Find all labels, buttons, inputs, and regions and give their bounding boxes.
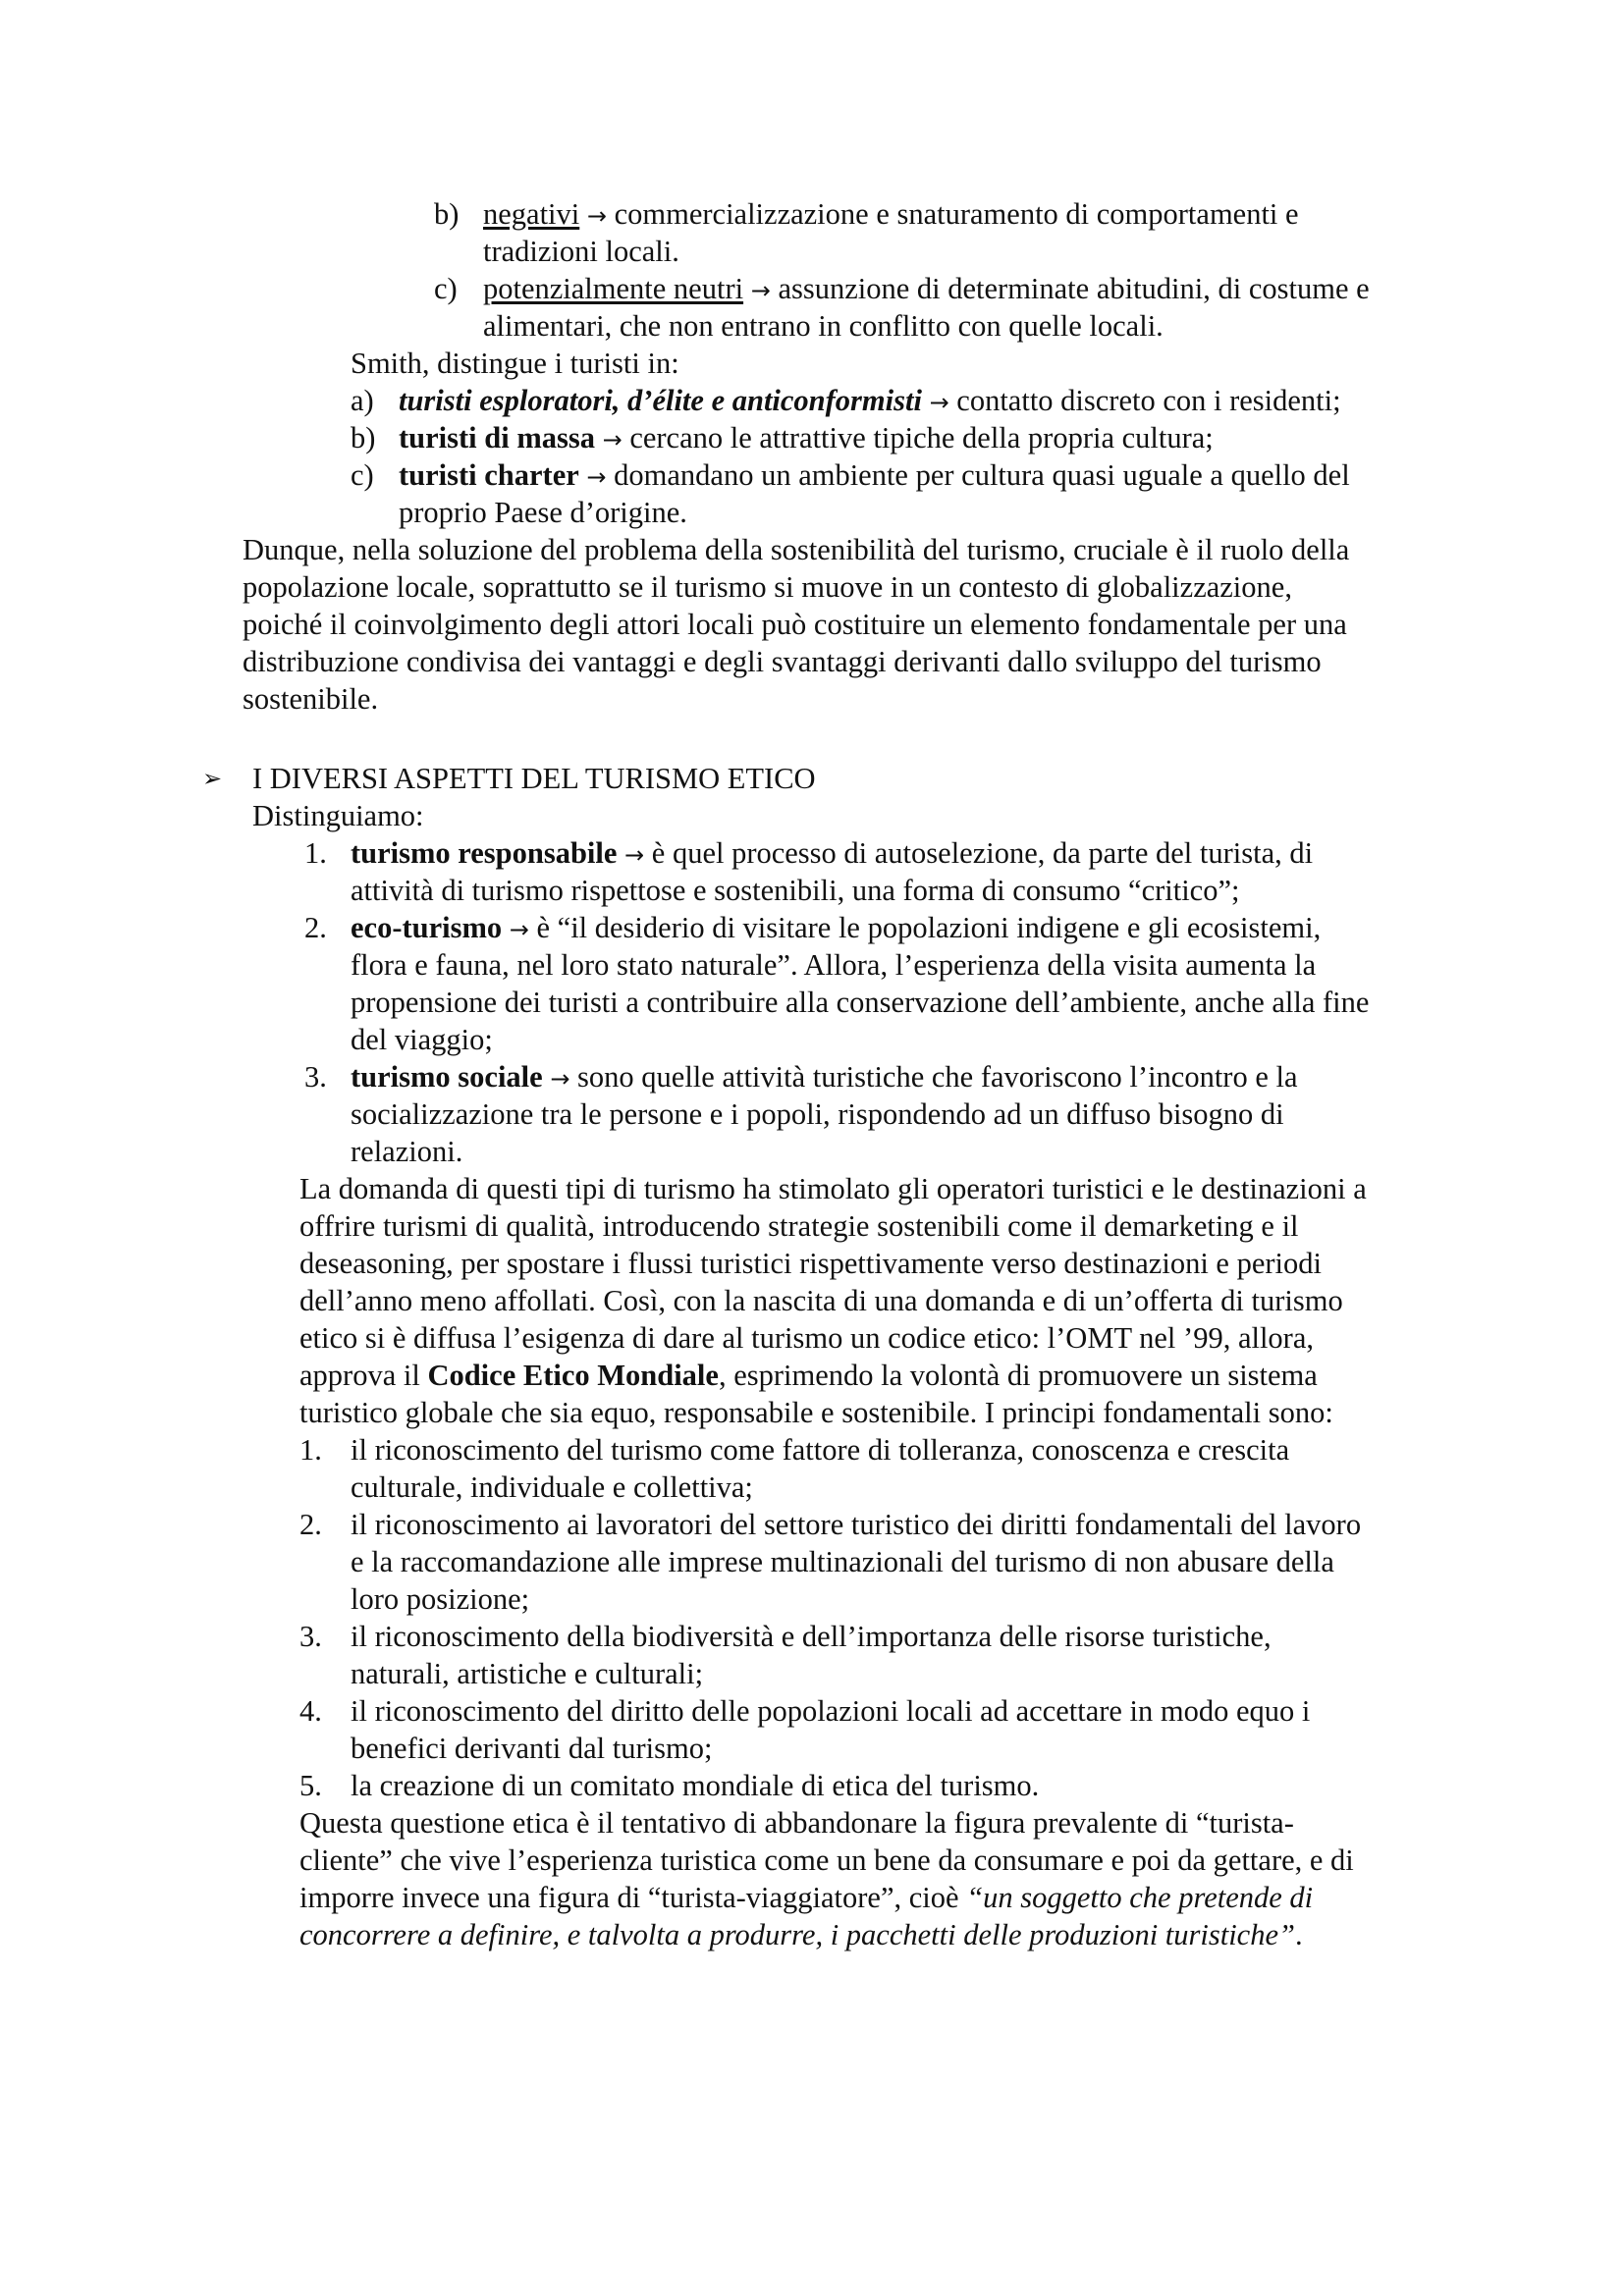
codice-etico-term: Codice Etico Mondiale <box>427 1359 719 1392</box>
list-item-continuation: relazioni. <box>351 1133 462 1170</box>
term: negativi <box>483 197 579 231</box>
list-item-negativi: negativi → commercializzazione e snatura… <box>483 195 1299 233</box>
paragraph-line: poiché il coinvolgimento degli attori lo… <box>243 606 1347 643</box>
principle-item: il riconoscimento ai lavoratori del sett… <box>351 1506 1361 1543</box>
list-marker: 2. <box>304 909 327 946</box>
paragraph-line: dell’anno meno affollati. Così, con la n… <box>299 1282 1343 1319</box>
list-item-eco-turismo: eco-turismo → è “il desiderio di visitar… <box>351 909 1321 946</box>
text: , esprimendo la volontà di promuovere un… <box>719 1359 1318 1392</box>
arrow-icon: → <box>751 277 771 304</box>
principle-item: il riconoscimento della biodiversità e d… <box>351 1618 1272 1655</box>
quote: concorrere a definire, e talvolta a prod… <box>299 1918 1295 1951</box>
paragraph-line: deseasoning, per spostare i flussi turis… <box>299 1245 1322 1282</box>
list-marker: 4. <box>299 1692 322 1730</box>
quote: “un soggetto che pretende di <box>966 1881 1313 1914</box>
list-item-continuation: e la raccomandazione alle imprese multin… <box>351 1543 1334 1580</box>
item-text: contatto discreto con i residenti; <box>949 384 1341 417</box>
list-item-continuation: del viaggio; <box>351 1021 493 1058</box>
item-text: commercializzazione e snaturamento di co… <box>607 197 1299 231</box>
list-item-continuation: naturali, artistiche e culturali; <box>351 1655 703 1692</box>
section-intro: Distinguiamo: <box>252 797 424 834</box>
paragraph-line: offrire turismi di qualità, introducendo… <box>299 1207 1299 1245</box>
paragraph-line: turistico globale che sia equo, responsa… <box>299 1394 1333 1431</box>
principle-item: il riconoscimento del turismo come fatto… <box>351 1431 1289 1468</box>
smith-intro: Smith, distingue i turisti in: <box>351 345 679 382</box>
list-item-continuation: flora e fauna, nel loro stato naturale”.… <box>351 946 1316 984</box>
list-marker: b) <box>434 195 459 233</box>
item-text: sono quelle attività turistiche che favo… <box>569 1060 1297 1094</box>
list-marker: 1. <box>299 1431 322 1468</box>
section-heading: I DIVERSI ASPETTI DEL TURISMO ETICO <box>252 760 816 797</box>
term: potenzialmente neutri <box>483 272 743 305</box>
arrow-icon: → <box>603 426 623 454</box>
arrow-icon: → <box>624 841 644 869</box>
arrow-icon: → <box>510 916 529 943</box>
paragraph-line: concorrere a definire, e talvolta a prod… <box>299 1916 1303 1953</box>
list-marker: 3. <box>304 1058 327 1095</box>
term: turismo responsabile <box>351 836 617 870</box>
item-text: assunzione di determinate abitudini, di … <box>771 272 1370 305</box>
item-text: è quel processo di autoselezione, da par… <box>644 836 1313 870</box>
text: approva il <box>299 1359 427 1392</box>
paragraph-line: La domanda di questi tipi di turismo ha … <box>299 1170 1367 1207</box>
list-item-charter: turisti charter → domandano un ambiente … <box>399 456 1350 494</box>
principle-item: la creazione di un comitato mondiale di … <box>351 1767 1039 1804</box>
list-item-turismo-responsabile: turismo responsabile → è quel processo d… <box>351 834 1313 872</box>
list-item-continuation: attività di turismo rispettose e sosteni… <box>351 872 1239 909</box>
term: eco-turismo <box>351 911 502 944</box>
paragraph-line: imporre invece una figura di “turista-vi… <box>299 1879 1313 1916</box>
term: turisti charter <box>399 458 579 492</box>
item-text: è “il desiderio di visitare le popolazio… <box>529 911 1321 944</box>
text: imporre invece una figura di “turista-vi… <box>299 1881 966 1914</box>
list-item-continuation: tradizioni locali. <box>483 233 679 270</box>
list-marker: c) <box>434 270 458 307</box>
term: turismo sociale <box>351 1060 543 1094</box>
paragraph-line: Dunque, nella soluzione del problema del… <box>243 531 1349 568</box>
list-marker: 2. <box>299 1506 322 1543</box>
paragraph-line: distribuzione condivisa dei vantaggi e d… <box>243 643 1322 680</box>
term: turisti di massa <box>399 421 595 454</box>
list-item-continuation: alimentari, che non entrano in conflitto… <box>483 307 1164 345</box>
list-item-continuation: propensione dei turisti a contribuire al… <box>351 984 1369 1021</box>
paragraph-line: approva il Codice Etico Mondiale, esprim… <box>299 1357 1318 1394</box>
list-item-continuation: culturale, individuale e collettiva; <box>351 1468 753 1506</box>
paragraph-line: Questa questione etica è il tentativo di… <box>299 1804 1294 1842</box>
item-text: domandano un ambiente per cultura quasi … <box>607 458 1350 492</box>
list-item-continuation: benefici derivanti dal turismo; <box>351 1730 712 1767</box>
paragraph-line: sostenibile. <box>243 680 378 718</box>
arrow-icon: → <box>586 463 606 491</box>
list-item-continuation: proprio Paese d’origine. <box>399 494 687 531</box>
principle-item: il riconoscimento del diritto delle popo… <box>351 1692 1310 1730</box>
list-item-continuation: socializzazione tra le persone e i popol… <box>351 1095 1284 1133</box>
list-marker: 1. <box>304 834 327 872</box>
item-text: cercano le attrattive tipiche della prop… <box>623 421 1214 454</box>
paragraph-line: popolazione locale, soprattutto se il tu… <box>243 568 1292 606</box>
arrow-icon: → <box>587 202 607 230</box>
list-marker: 5. <box>299 1767 322 1804</box>
arrow-icon: → <box>550 1065 569 1093</box>
list-marker: a) <box>351 382 374 419</box>
text: . <box>1295 1918 1303 1951</box>
arrowhead-bullet-icon: ➢ <box>202 760 222 797</box>
paragraph-line: cliente” che vive l’esperienza turistica… <box>299 1842 1354 1879</box>
term: turisti esploratori, d’élite e anticonfo… <box>399 384 922 417</box>
list-marker: c) <box>351 456 374 494</box>
list-item-esploratori: turisti esploratori, d’élite e anticonfo… <box>399 382 1341 419</box>
list-marker: 3. <box>299 1618 322 1655</box>
paragraph-line: etico si è diffusa l’esigenza di dare al… <box>299 1319 1314 1357</box>
list-marker: b) <box>351 419 375 456</box>
arrow-icon: → <box>930 389 949 416</box>
list-item-massa: turisti di massa → cercano le attrattive… <box>399 419 1214 456</box>
list-item-continuation: loro posizione; <box>351 1580 529 1618</box>
list-item-neutri: potenzialmente neutri → assunzione di de… <box>483 270 1370 307</box>
list-item-turismo-sociale: turismo sociale → sono quelle attività t… <box>351 1058 1298 1095</box>
